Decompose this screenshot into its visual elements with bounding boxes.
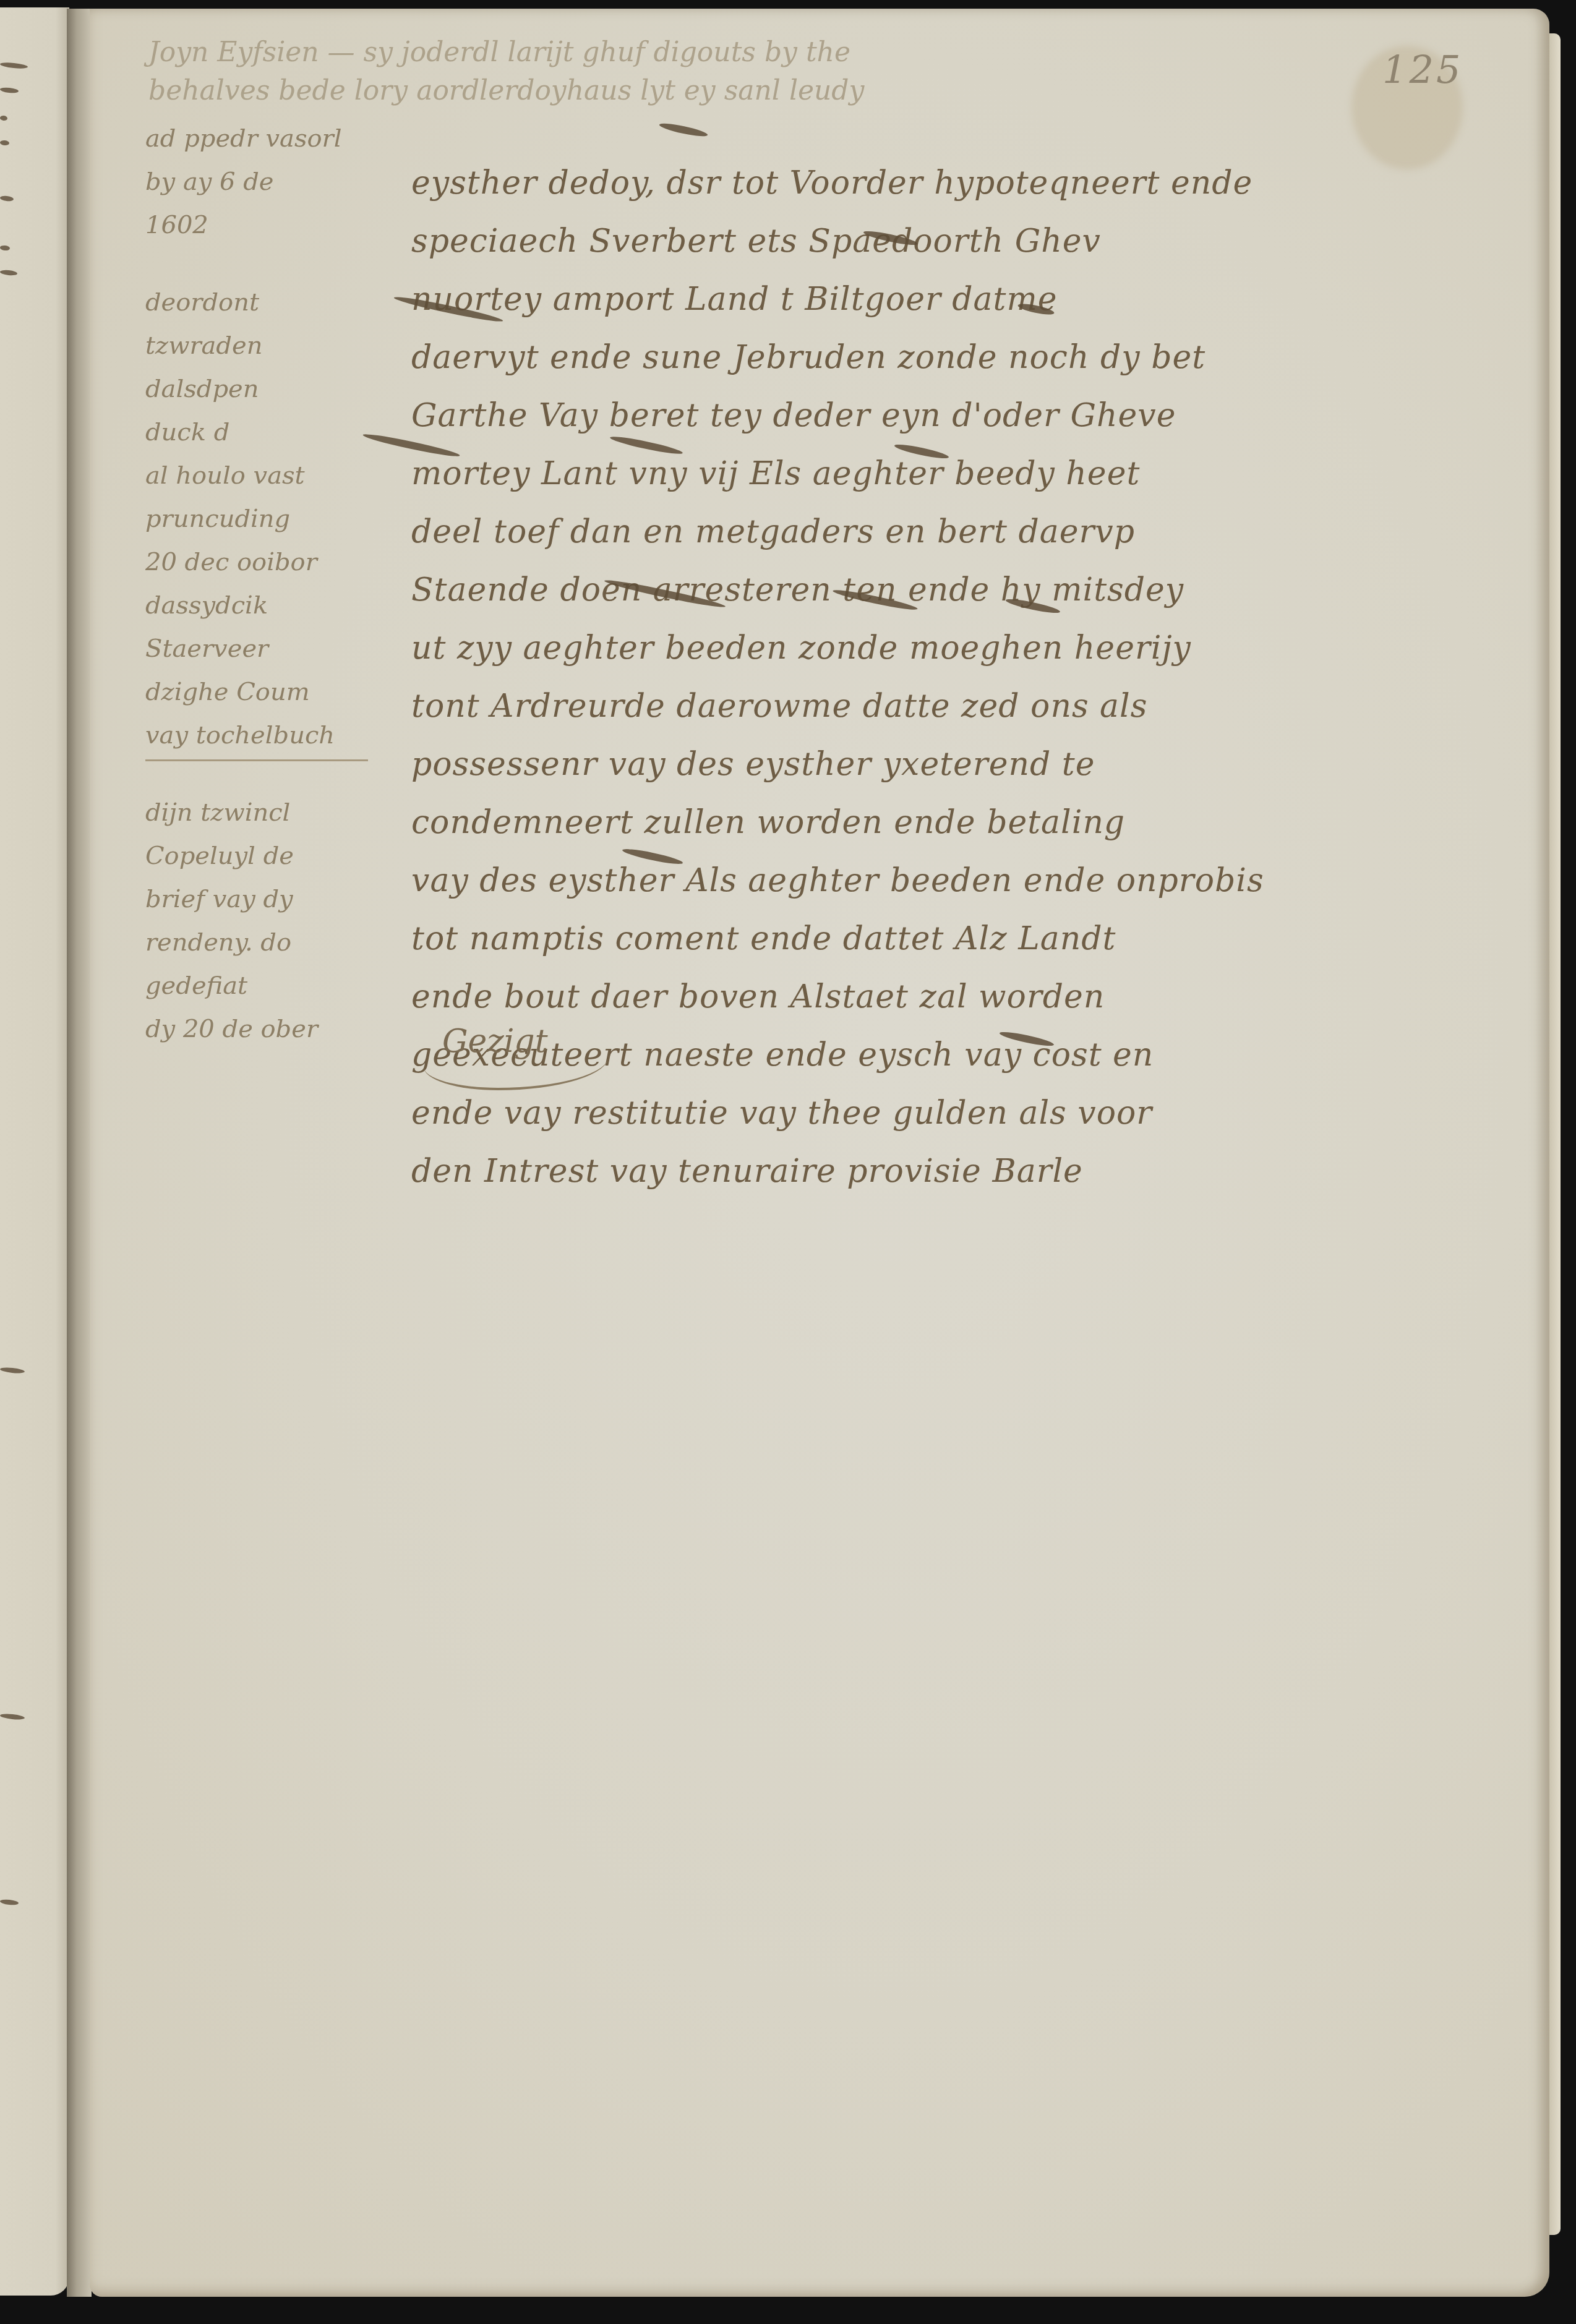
margin-rule	[145, 759, 368, 761]
text-line: possessenr vay des eysther yxeterend te	[411, 735, 1574, 793]
margin-line: dy 20 de ober	[145, 1007, 442, 1051]
margin-line: rendeny. do	[145, 921, 442, 964]
margin-line: Staerveer	[145, 627, 442, 670]
text-line: ende vay restitutie vay thee gulden als …	[411, 1084, 1574, 1142]
margin-line: deordont	[145, 281, 442, 324]
text-line: tont Ardreurde daerowme datte zed ons al…	[411, 677, 1574, 735]
adjacent-left-page	[0, 7, 69, 2296]
margin-note-1: deordont tzwraden dalsdpen duck d al hou…	[145, 281, 442, 767]
ink-stroke	[0, 195, 14, 202]
ink-stroke	[0, 1899, 19, 1905]
text-line: deel toef dan en metgaders en bert daerv…	[411, 503, 1574, 561]
margin-line: brief vay dy	[145, 878, 442, 921]
margin-line: pruncuding	[145, 497, 442, 540]
margin-line: gedefiat	[145, 964, 442, 1007]
text-line: Garthe Vay beret tey deder eyn d'oder Gh…	[411, 387, 1574, 445]
margin-line: Copeluyl de	[145, 834, 442, 878]
ink-stroke	[0, 1367, 25, 1374]
ink-stroke	[0, 270, 17, 276]
text-line: ut zyy aeghter beeden zonde moeghen heer…	[411, 619, 1574, 677]
margin-line: tzwraden	[145, 324, 442, 367]
text-line: ende bout daer boven Alstaet zal worden	[411, 968, 1574, 1026]
text-line: speciaech Sverbert ets Spaedoorth Ghev	[411, 212, 1574, 270]
margin-line: duck d	[145, 411, 442, 454]
header-line: behalves bede lory aordlerdoyhaus lyt ey…	[148, 72, 1385, 110]
text-line: den Intrest vay tenuraire provisie Barle	[411, 1142, 1574, 1200]
ink-strikethrough	[659, 121, 709, 139]
text-line: daervyt ende sune Jebruden zonde noch dy…	[411, 328, 1574, 387]
header-line: Joyn Eyfsien — sy joderdl larijt ghuf di…	[148, 33, 1385, 72]
ink-stroke	[0, 140, 9, 146]
margin-note-date: ad ppedr vasorl by ay 6 de 1602	[145, 117, 442, 247]
ink-stroke	[0, 115, 7, 121]
text-line: vay des eysther Als aeghter beeden ende …	[411, 852, 1574, 910]
margin-line: 20 dec ooibor	[145, 540, 442, 584]
margin-line: dzighe Coum	[145, 670, 442, 714]
ink-stroke	[0, 245, 10, 251]
folio-number: 125	[1382, 47, 1463, 92]
text-line: condemneert zullen worden ende betaling	[411, 793, 1574, 852]
header-note: Joyn Eyfsien — sy joderdl larijt ghuf di…	[148, 33, 1385, 110]
ink-stroke	[0, 87, 19, 93]
text-line: mortey Lant vny vij Els aeghter beedy he…	[411, 445, 1574, 503]
text-line: nuortey amport Land t Biltgoer datme	[411, 270, 1574, 328]
margin-line: dalsdpen	[145, 367, 442, 411]
margin-line: vay tochelbuch	[145, 714, 442, 757]
book-gutter	[67, 9, 92, 2297]
text-line: tot namptis coment ende dattet Alz Landt	[411, 910, 1574, 968]
margin-line: 1602	[145, 203, 442, 247]
margin-line: al houlo vast	[145, 454, 442, 497]
manuscript-page: 125 Joyn Eyfsien — sy joderdl larijt ghu…	[90, 9, 1549, 2297]
ink-stroke	[0, 62, 28, 70]
text-line: Staende doen arresteren ten ende hy mits…	[411, 561, 1574, 619]
ink-stroke	[0, 1713, 25, 1720]
margin-line: dijn tzwincl	[145, 791, 442, 834]
margin-line: ad ppedr vasorl	[145, 117, 442, 160]
margin-note-2: dijn tzwincl Copeluyl de brief vay dy re…	[145, 791, 442, 1051]
margin-line: dassydcik	[145, 584, 442, 627]
text-line: eysther dedoy, dsr tot Voorder hypoteqne…	[411, 154, 1574, 212]
margin-line: by ay 6 de	[145, 160, 442, 203]
